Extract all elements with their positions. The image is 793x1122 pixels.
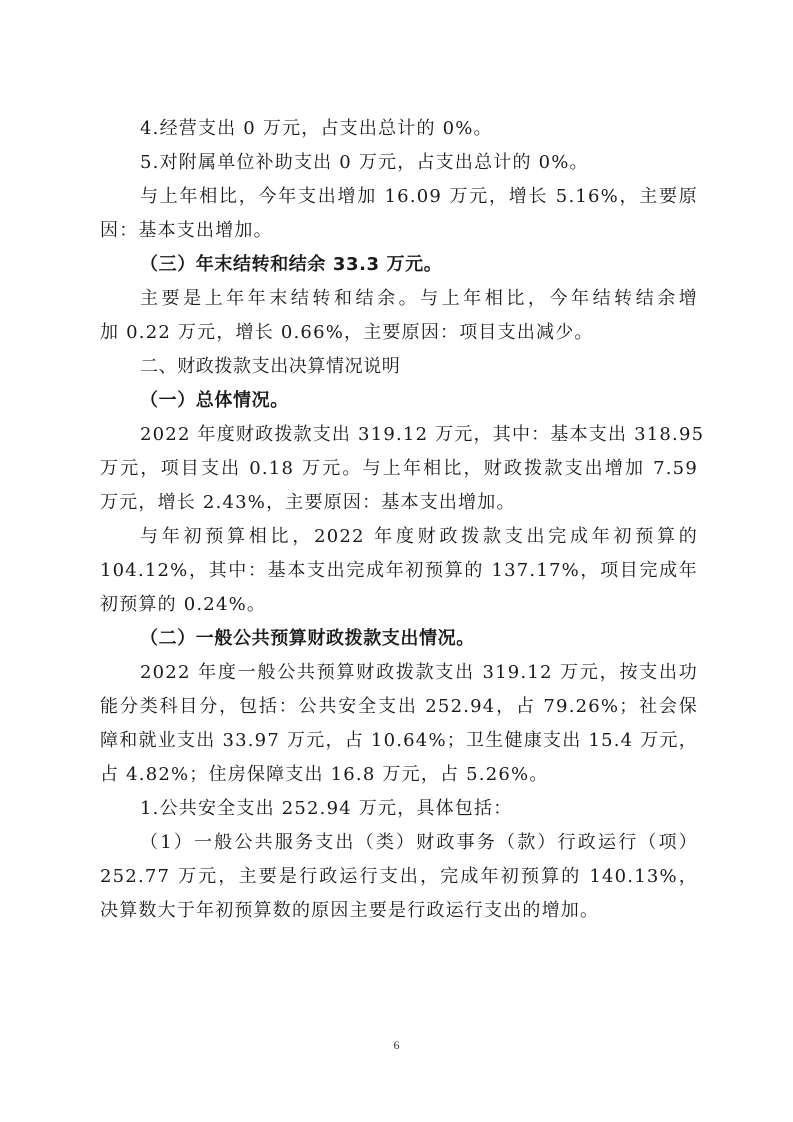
paragraph-subsidiary-subsidy: 5.对附属单位补助支出 0 万元，占支出总计的 0%。 (100, 146, 698, 180)
paragraph-public-security: 1.公共安全支出 252.94 万元，具体包括： (100, 792, 698, 826)
paragraph-budget-compare-line3: 初预算的 0.24%。 (100, 588, 698, 622)
paragraph-budget-compare-line2: 104.12%，其中：基本支出完成年初预算的 137.17%，项目完成年 (100, 554, 698, 588)
paragraph-balance-line2: 加 0.22 万元，增长 0.66%，主要原因：项目支出减少。 (100, 316, 698, 350)
subheading-year-end-balance: （三）年末结转和结余 33.3 万元。 (100, 248, 698, 282)
paragraph-yoy-expense-line2: 因：基本支出增加。 (100, 214, 698, 248)
paragraph-budget-compare-line1: 与年初预算相比，2022 年度财政拨款支出完成年初预算的 (100, 520, 698, 554)
paragraph-general-budget-line1: 2022 年度一般公共预算财政拨款支出 319.12 万元，按支出功 (100, 656, 698, 690)
paragraph-admin-operation-line3: 决算数大于年初预算数的原因主要是行政运行支出的增加。 (100, 894, 698, 928)
document-page: 4.经营支出 0 万元，占支出总计的 0%。 5.对附属单位补助支出 0 万元，… (100, 112, 698, 928)
paragraph-general-budget-line4: 占 4.82%；住房保障支出 16.8 万元，占 5.26%。 (100, 758, 698, 792)
paragraph-operating-expense: 4.经营支出 0 万元，占支出总计的 0%。 (100, 112, 698, 146)
paragraph-admin-operation-line1: （1）一般公共服务支出（类）财政事务（款）行政运行（项） (100, 826, 698, 860)
paragraph-admin-operation-line2: 252.77 万元，主要是行政运行支出，完成年初预算的 140.13%， (100, 860, 698, 894)
paragraph-balance-line1: 主要是上年年末结转和结余。与上年相比，今年结转结余增 (100, 282, 698, 316)
paragraph-general-budget-line2: 能分类科目分，包括：公共安全支出 252.94，占 79.26%；社会保 (100, 690, 698, 724)
subheading-general-public-budget: （二）一般公共预算财政拨款支出情况。 (100, 622, 698, 656)
page-number: 6 (0, 1038, 793, 1053)
paragraph-overall-line1: 2022 年度财政拨款支出 319.12 万元，其中：基本支出 318.95 (100, 418, 698, 452)
paragraph-overall-line3: 万元，增长 2.43%，主要原因：基本支出增加。 (100, 486, 698, 520)
paragraph-yoy-expense-line1: 与上年相比，今年支出增加 16.09 万元，增长 5.16%，主要原 (100, 180, 698, 214)
paragraph-overall-line2: 万元，项目支出 0.18 万元。与上年相比，财政拨款支出增加 7.59 (100, 452, 698, 486)
section-heading-fiscal-expense: 二、财政拨款支出决算情况说明 (100, 350, 698, 384)
paragraph-general-budget-line3: 障和就业支出 33.97 万元，占 10.64%；卫生健康支出 15.4 万元， (100, 724, 698, 758)
subheading-overall: （一）总体情况。 (100, 384, 698, 418)
